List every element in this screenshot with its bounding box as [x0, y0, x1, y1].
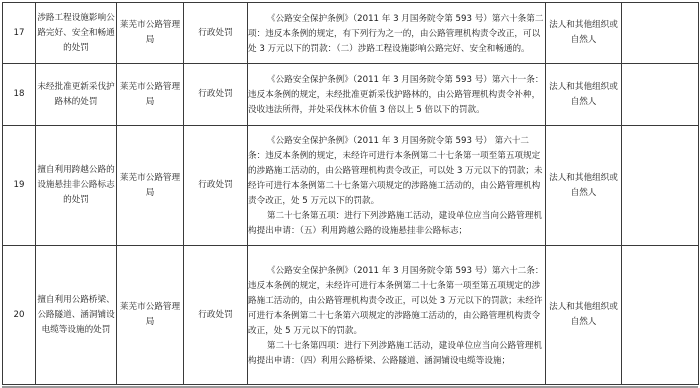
applicable-subject: 法人和其他组织或自然人 [546, 246, 622, 385]
legal-basis: 《公路安全保护条例》（2011 年 3 月国务院令第 593 号）第六十一条：违… [248, 64, 546, 126]
power-type: 行政处罚 [184, 126, 248, 246]
power-type: 行政处罚 [184, 3, 248, 64]
power-type: 行政处罚 [184, 246, 248, 385]
applicable-subject: 法人和其他组织或自然人 [546, 64, 622, 126]
row-number: 20 [3, 246, 36, 385]
implementing-agency: 莱芜市公路管理局 [117, 64, 184, 126]
power-type: 行政处罚 [184, 64, 248, 126]
power-list-table: 17 涉路工程设施影响公路完好、安全和畅通的处罚 莱芜市公路管理局 行政处罚 《… [2, 2, 699, 385]
legal-basis: 《公路安全保护条例》（2011 年 3 月国务院令第 593 号） 第六十二条：… [248, 126, 546, 246]
legal-basis-paragraph: 《公路安全保护条例》（2011 年 3 月国务院令第 593 号）第六十一条：违… [248, 73, 545, 118]
legal-basis-paragraph: 《公路安全保护条例》（2011 年 3 月国务院令第 593 号）第六十二条：违… [248, 264, 545, 339]
row-number: 19 [3, 126, 36, 246]
legal-basis-paragraph: 第二十七条第五项：进行下列涉路施工活动，建设单位应当向公路管理机构提出申请：（五… [248, 209, 545, 239]
legal-basis: 《公路安全保护条例》（2011 年 3 月国务院令第 593 号）第六十条第二项… [248, 3, 546, 64]
implementing-agency: 莱芜市公路管理局 [117, 246, 184, 385]
table-row: 18 未经批准更新采伐护路林的处罚 莱芜市公路管理局 行政处罚 《公路安全保护条… [3, 64, 699, 126]
table-row: 20 擅自利用公路桥梁、公路隧道、涵洞铺设电缆等设施的处罚 莱芜市公路管理局 行… [3, 246, 699, 385]
remarks [622, 64, 699, 126]
implementing-agency: 莱芜市公路管理局 [117, 3, 184, 64]
remarks [622, 246, 699, 385]
applicable-subject: 法人和其他组织或自然人 [546, 126, 622, 246]
remarks [622, 126, 699, 246]
row-number: 18 [3, 64, 36, 126]
legal-basis-paragraph: 《公路安全保护条例》（2011 年 3 月国务院令第 593 号）第六十条第二项… [248, 12, 545, 57]
legal-basis: 《公路安全保护条例》（2011 年 3 月国务院令第 593 号）第六十二条：违… [248, 246, 546, 385]
remarks [622, 3, 699, 64]
item-name: 擅自利用跨越公路的设施悬挂非公路标志的处罚 [36, 126, 117, 246]
applicable-subject: 法人和其他组织或自然人 [546, 3, 622, 64]
legal-basis-paragraph: 第二十七条第四项：进行下列涉路施工活动，建设单位应当向公路管理机构提出申请：（四… [248, 339, 545, 369]
table-row: 19 擅自利用跨越公路的设施悬挂非公路标志的处罚 莱芜市公路管理局 行政处罚 《… [3, 126, 699, 246]
row-number: 17 [3, 3, 36, 64]
implementing-agency: 莱芜市公路管理局 [117, 126, 184, 246]
item-name: 涉路工程设施影响公路完好、安全和畅通的处罚 [36, 3, 117, 64]
item-name: 擅自利用公路桥梁、公路隧道、涵洞铺设电缆等设施的处罚 [36, 246, 117, 385]
table-row: 17 涉路工程设施影响公路完好、安全和畅通的处罚 莱芜市公路管理局 行政处罚 《… [3, 3, 699, 64]
legal-basis-paragraph: 《公路安全保护条例》（2011 年 3 月国务院令第 593 号） 第六十二条：… [248, 134, 545, 209]
item-name: 未经批准更新采伐护路林的处罚 [36, 64, 117, 126]
